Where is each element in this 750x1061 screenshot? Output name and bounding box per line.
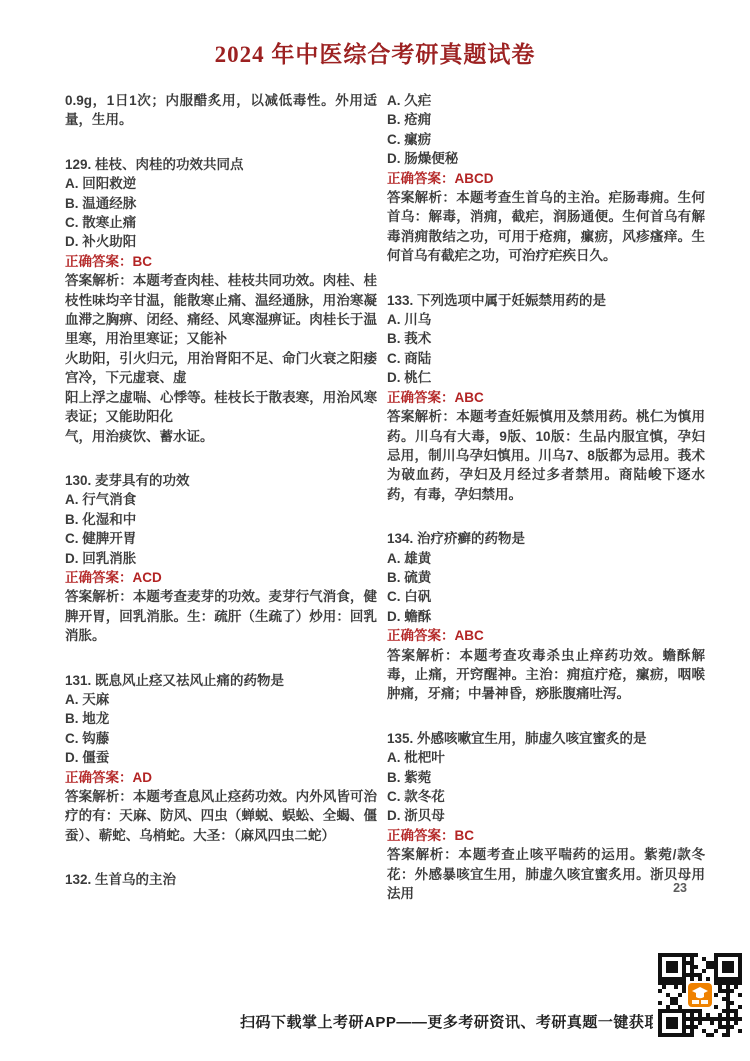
question-stem: 135. 外感咳嗽宜生用，肺虚久咳宜蜜炙的是 <box>387 729 705 748</box>
option-d: D. 浙贝母 <box>387 806 705 825</box>
question-133: 133. 下列选项中属于妊娠禁用药的是 A. 川乌 B. 莪术 C. 商陆 D.… <box>387 291 705 504</box>
answer-analysis: 答案解析：本题考查妊娠慎用及禁用药。桃仁为慎用药。川乌有大毒，9版、10版：生品… <box>387 407 705 504</box>
question-stem: 129. 桂枝、肉桂的功效共同点 <box>65 155 377 174</box>
option-b: B. 化湿和中 <box>65 510 377 529</box>
option-d: D. 肠燥便秘 <box>387 149 705 168</box>
correct-answer-line: 正确答案：AD <box>65 768 377 787</box>
correct-answer-line: 正确答案：ABCD <box>387 169 705 188</box>
option-c: C. 商陆 <box>387 349 705 368</box>
option-b: B. 硫黄 <box>387 568 705 587</box>
question-stem: 132. 生首乌的主治 <box>65 870 377 889</box>
question-132: 132. 生首乌的主治 <box>65 870 377 889</box>
question-135: 135. 外感咳嗽宜生用，肺虚久咳宜蜜炙的是 A. 枇杷叶 B. 紫菀 C. 款… <box>387 729 705 904</box>
option-c: C. 款冬花 <box>387 787 705 806</box>
option-d: D. 蟾酥 <box>387 607 705 626</box>
correct-answer-label: 正确答案： <box>387 390 455 405</box>
correct-answer-label: 正确答案： <box>65 254 133 269</box>
correct-answer-value: BC <box>455 828 475 843</box>
left-column: 0.9g，1日1次；内服醋炙用，以减低毒性。外用适量，生用。 129. 桂枝、肉… <box>65 91 377 903</box>
question-stem: 130. 麦芽具有的功效 <box>65 471 377 490</box>
correct-answer-line: 正确答案：BC <box>65 252 377 271</box>
option-c: C. 瘰疬 <box>387 130 705 149</box>
footer-text: 扫码下载掌上考研APP——更多考研资讯、考研真题一键获取 <box>240 1011 660 1032</box>
correct-answer-line: 正确答案：ABC <box>387 388 705 407</box>
question-130: 130. 麦芽具有的功效 A. 行气消食 B. 化湿和中 C. 健脾开胃 D. … <box>65 471 377 646</box>
question-129: 129. 桂枝、肉桂的功效共同点 A. 回阳救逆 B. 温通经脉 C. 散寒止痛… <box>65 155 377 446</box>
option-a: A. 川乌 <box>387 310 705 329</box>
correct-answer-value: ABC <box>455 628 484 643</box>
answer-analysis: 答案解析：本题考查攻毒杀虫止痒药功效。蟾酥解毒，止痛，开窍醒神。主治：痈疽疔疮，… <box>387 646 705 704</box>
page-title: 2024 年中医综合考研真题试卷 <box>0 0 750 69</box>
option-b: B. 疮痈 <box>387 110 705 129</box>
correct-answer-value: ABC <box>455 390 484 405</box>
option-a: A. 天麻 <box>65 690 377 709</box>
correct-answer-label: 正确答案： <box>65 770 133 785</box>
option-b: B. 温通经脉 <box>65 194 377 213</box>
answer-analysis: 答案解析：本题考查止咳平喘药的运用。紫菀/款冬花：外感暴咳宜生用，肺虚久咳宜蜜炙… <box>387 845 705 903</box>
option-a: A. 行气消食 <box>65 490 377 509</box>
correct-answer-line: 正确答案：ACD <box>65 568 377 587</box>
option-a: A. 枇杷叶 <box>387 748 705 767</box>
option-b: B. 紫菀 <box>387 768 705 787</box>
correct-answer-value: ACD <box>133 570 162 585</box>
option-a: A. 久疟 <box>387 91 705 110</box>
question-131: 131. 既息风止痉又祛风止痛的药物是 A. 天麻 B. 地龙 C. 钩藤 D.… <box>65 671 377 846</box>
correct-answer-label: 正确答案： <box>387 628 455 643</box>
graduation-cap-icon <box>688 983 712 1007</box>
right-column: A. 久疟 B. 疮痈 C. 瘰疬 D. 肠燥便秘 正确答案：ABCD 答案解析… <box>387 91 705 903</box>
question-132-continued: A. 久疟 B. 疮痈 C. 瘰疬 D. 肠燥便秘 正确答案：ABCD 答案解析… <box>387 91 705 266</box>
question-stem: 134. 治疗疥癣的药物是 <box>387 529 705 548</box>
qr-code <box>653 948 747 1042</box>
correct-answer-line: 正确答案：BC <box>387 826 705 845</box>
option-d: D. 回乳消胀 <box>65 549 377 568</box>
option-d: D. 补火助阳 <box>65 232 377 251</box>
answer-analysis: 答案解析：本题考查息风止痉药功效。内外风皆可治疗的有：天麻、防风、四虫（蝉蜕、蜈… <box>65 787 377 845</box>
correct-answer-value: BC <box>133 254 153 269</box>
correct-answer-value: AD <box>133 770 153 785</box>
option-c: C. 白矾 <box>387 587 705 606</box>
question-stem: 133. 下列选项中属于妊娠禁用药的是 <box>387 291 705 310</box>
option-b: B. 莪术 <box>387 329 705 348</box>
option-c: C. 散寒止痛 <box>65 213 377 232</box>
exam-page: 2024 年中医综合考研真题试卷 0.9g，1日1次；内服醋炙用，以减低毒性。外… <box>0 0 750 1061</box>
correct-answer-label: 正确答案： <box>65 570 133 585</box>
correct-answer-label: 正确答案： <box>387 171 455 186</box>
answer-analysis: 答案解析：本题考查肉桂、桂枝共同功效。肉桂、桂枝性味均辛甘温，能散寒止痛、温经通… <box>65 271 377 446</box>
option-d: D. 僵蚕 <box>65 748 377 767</box>
answer-analysis: 答案解析：本题考查生首乌的主治。疟肠毒痈。生何首乌：解毒，消痈，截疟，润肠通便。… <box>387 188 705 266</box>
correct-answer-line: 正确答案：ABC <box>387 626 705 645</box>
question-134: 134. 治疗疥癣的药物是 A. 雄黄 B. 硫黄 C. 白矾 D. 蟾酥 正确… <box>387 529 705 704</box>
answer-analysis: 答案解析：本题考查麦芽的功效。麦芽行气消食，健脾开胃，回乳消胀。生：疏肝（生疏了… <box>65 587 377 645</box>
option-d: D. 桃仁 <box>387 368 705 387</box>
option-c: C. 钩藤 <box>65 729 377 748</box>
page-number: 23 <box>673 881 687 895</box>
carryover-text: 0.9g，1日1次；内服醋炙用，以减低毒性。外用适量，生用。 <box>65 91 377 130</box>
option-a: A. 雄黄 <box>387 549 705 568</box>
two-column-layout: 0.9g，1日1次；内服醋炙用，以减低毒性。外用适量，生用。 129. 桂枝、肉… <box>0 91 750 903</box>
question-stem: 131. 既息风止痉又祛风止痛的药物是 <box>65 671 377 690</box>
correct-answer-label: 正确答案： <box>387 828 455 843</box>
option-b: B. 地龙 <box>65 709 377 728</box>
correct-answer-value: ABCD <box>455 171 494 186</box>
option-c: C. 健脾开胃 <box>65 529 377 548</box>
option-a: A. 回阳救逆 <box>65 174 377 193</box>
